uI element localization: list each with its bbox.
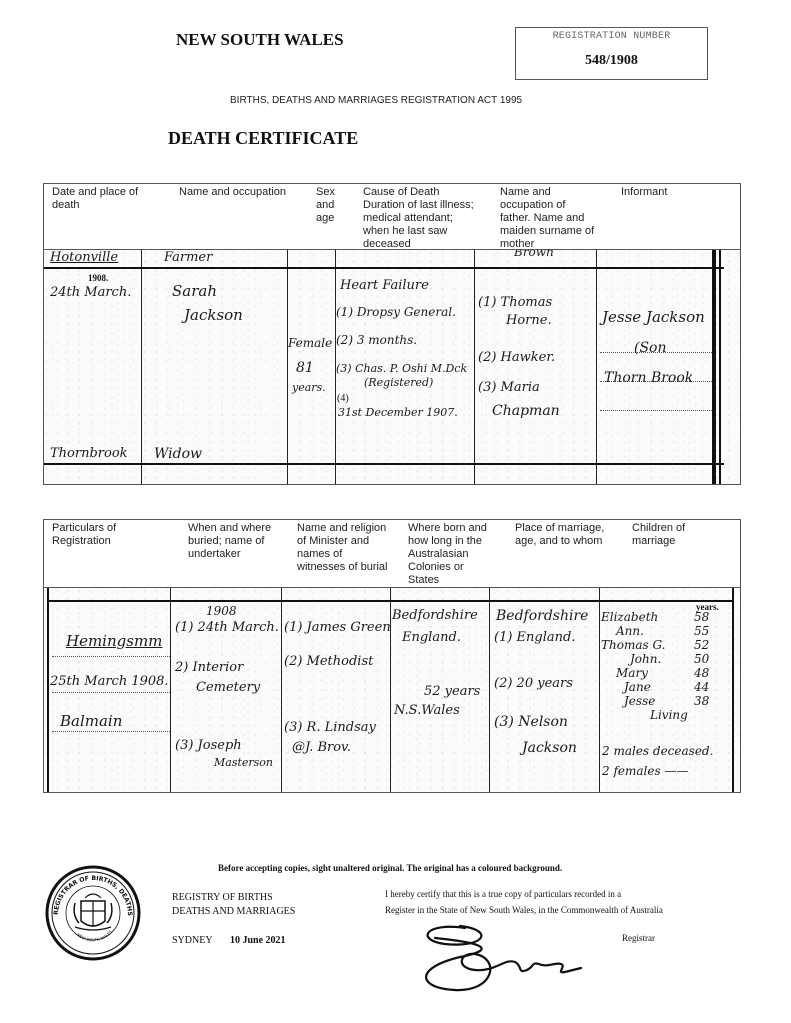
child-age: 55 <box>694 624 709 638</box>
registry-name-line1: REGISTRY OF BIRTHS <box>172 892 273 903</box>
colony-name: N.S.Wales <box>394 703 460 718</box>
mother-first-name: (3) Maria <box>478 380 540 395</box>
age-unit: years. <box>292 381 326 394</box>
col-header-birthplace: Where born and how long in the Australas… <box>408 522 487 587</box>
child-name: Thomas G. <box>601 638 665 652</box>
registrar-signature-icon <box>405 918 595 996</box>
registrar-label: Registrar <box>622 933 655 943</box>
col-header-burial: When and where buried; name of undertake… <box>188 522 271 561</box>
previous-father: Brown <box>514 250 554 259</box>
informant-name: Jesse Jackson <box>602 308 705 326</box>
deceased-age: 81 <box>296 360 314 376</box>
marriage-age: (2) 20 years <box>494 676 573 691</box>
svg-text:NEW SOUTH WALES: NEW SOUTH WALES <box>76 929 113 943</box>
years-in-colony: 52 years <box>424 684 480 699</box>
death-place: Thornbrook <box>50 446 128 461</box>
registration-place: Balmain <box>60 712 122 730</box>
act-line: BIRTHS, DEATHS AND MARRIAGES REGISTRATIO… <box>230 95 522 106</box>
certificate-title: DEATH CERTIFICATE <box>168 128 358 149</box>
registration-label: REGISTRATION NUMBER <box>516 31 707 42</box>
burial-date: (1) 24th March. <box>175 620 279 635</box>
illness-duration: (2) 3 months. <box>336 333 417 347</box>
registration-date: 25th March 1908. <box>50 674 169 689</box>
burial-year: 1908 <box>206 604 237 618</box>
deceased-last-name: Jackson <box>184 306 243 324</box>
deceased-sex: Female <box>288 336 332 350</box>
previous-occupation: Farmer <box>164 250 212 265</box>
col-header-informant: Informant <box>621 186 667 199</box>
certification-line2: Register in the State of New South Wales… <box>385 905 663 915</box>
col-header-children: Children of marriage <box>632 522 685 548</box>
child-name: John. <box>630 652 661 666</box>
deceased-first-name: Sarah <box>172 282 217 300</box>
issue-city: SYDNEY <box>172 935 213 946</box>
burial-place-cemetery: Cemetery <box>196 680 260 695</box>
child-name: Elizabeth <box>601 610 658 624</box>
col-header-minister: Name and religion of Minister and names … <box>297 522 388 574</box>
child-age: 44 <box>694 680 709 694</box>
scanned-register-entry: Hotonville Farmer Brown 1908. 24th March… <box>44 250 740 484</box>
certification-line1: I hereby certify that this is a true cop… <box>385 889 621 899</box>
undertaker-last-name: Masterson <box>214 756 273 769</box>
father-occupation: (2) Hawker. <box>478 350 555 365</box>
child-name: Mary <box>616 666 648 680</box>
deceased-males: 2 males deceased. <box>602 744 713 758</box>
col-header-sex-age: Sex and age <box>316 186 335 225</box>
medical-attendant: (3) Chas. P. Oshi M.Dck <box>336 362 467 375</box>
minister-religion: (2) Methodist <box>284 654 373 669</box>
cause-of-death: Heart Failure <box>340 278 429 293</box>
deceased-females: 2 females —— <box>602 764 688 778</box>
last-seen-date: 31st December 1907. <box>338 406 458 419</box>
last-seen-label: (4) <box>337 393 349 404</box>
burial-witness-2: @J. Brov. <box>292 740 351 755</box>
spouse-first-name: (3) Nelson <box>494 714 568 730</box>
registrar-name: Hemingsmm <box>66 632 162 650</box>
death-details-table: Date and place of death Name and occupat… <box>43 183 741 485</box>
registry-name-line2: DEATHS AND MARRIAGES <box>172 906 295 917</box>
death-year: 1908. <box>88 273 108 283</box>
cause-detail: (1) Dropsy General. <box>336 305 456 319</box>
col-header-name-occupation: Name and occupation <box>179 186 286 199</box>
col-header-particulars: Particulars of Registration <box>52 522 116 548</box>
spouse-last-name: Jackson <box>522 740 577 756</box>
father-name-first: (1) Thomas <box>478 295 552 310</box>
birthplace-county: Bedfordshire <box>392 608 478 623</box>
informant-relationship: (Son <box>634 340 667 356</box>
marriage-place-county: Bedfordshire <box>496 608 588 624</box>
registrar-seal-icon: REGISTRAR OF BIRTHS, DEATHS AND MARRIAGE… <box>45 865 141 961</box>
child-name: Ann. <box>616 624 644 638</box>
medical-attendant-note: (Registered) <box>364 376 433 389</box>
burial-place: 2) Interior <box>175 660 243 675</box>
state-title: NEW SOUTH WALES <box>176 30 344 50</box>
authenticity-note: Before accepting copies, sight unaltered… <box>218 863 562 873</box>
registration-details-table: Particulars of Registration When and whe… <box>43 519 741 793</box>
burial-witness-1: (3) R. Lindsay <box>284 720 376 735</box>
undertaker-first-name: (3) Joseph <box>175 738 242 753</box>
col-header-marriage: Place of marriage, age, and to whom <box>515 522 604 548</box>
child-age: 38 <box>694 694 709 708</box>
minister-name: (1) James Green <box>284 620 391 635</box>
mother-maiden-name: Chapman <box>492 403 560 419</box>
col-header-date-place: Date and place of death <box>52 186 138 212</box>
scanned-register-entry: Hemingsmm 25th March 1908. Balmain 1908 … <box>44 588 740 792</box>
registration-number-box: REGISTRATION NUMBER 548/1908 <box>515 27 708 80</box>
registration-number: 548/1908 <box>516 53 707 69</box>
child-age: 52 <box>694 638 709 652</box>
child-age: 58 <box>694 610 709 624</box>
child-age: 50 <box>694 652 709 666</box>
issue-date: 10 June 2021 <box>230 935 286 946</box>
father-name-last: Horne. <box>506 313 552 328</box>
col-header-father: Name and occupation of father. Name and … <box>500 186 594 251</box>
previous-place: Hotonville <box>50 250 118 265</box>
informant-residence: Thorn Brook <box>604 370 693 386</box>
child-name: Jesse <box>624 694 655 708</box>
deceased-occupation: Widow <box>154 446 202 462</box>
child-name: Jane <box>624 680 651 694</box>
col-header-cause: Cause of Death Duration of last illness;… <box>363 186 474 251</box>
children-status: Living <box>650 708 688 722</box>
marriage-place-country: (1) England. <box>494 630 575 645</box>
child-age: 48 <box>694 666 709 680</box>
birthplace-country: England. <box>402 630 461 645</box>
death-date: 24th March. <box>50 285 131 300</box>
